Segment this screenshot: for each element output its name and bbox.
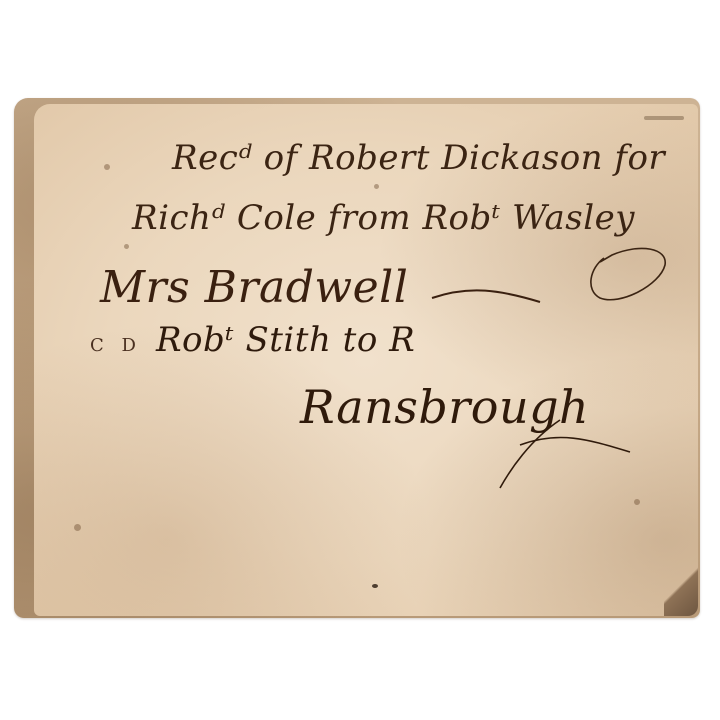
ink-flourish-loop <box>0 0 720 720</box>
photo-stage: Recᵈ of Robert Dickason for Richᵈ Cole f… <box>0 0 720 720</box>
